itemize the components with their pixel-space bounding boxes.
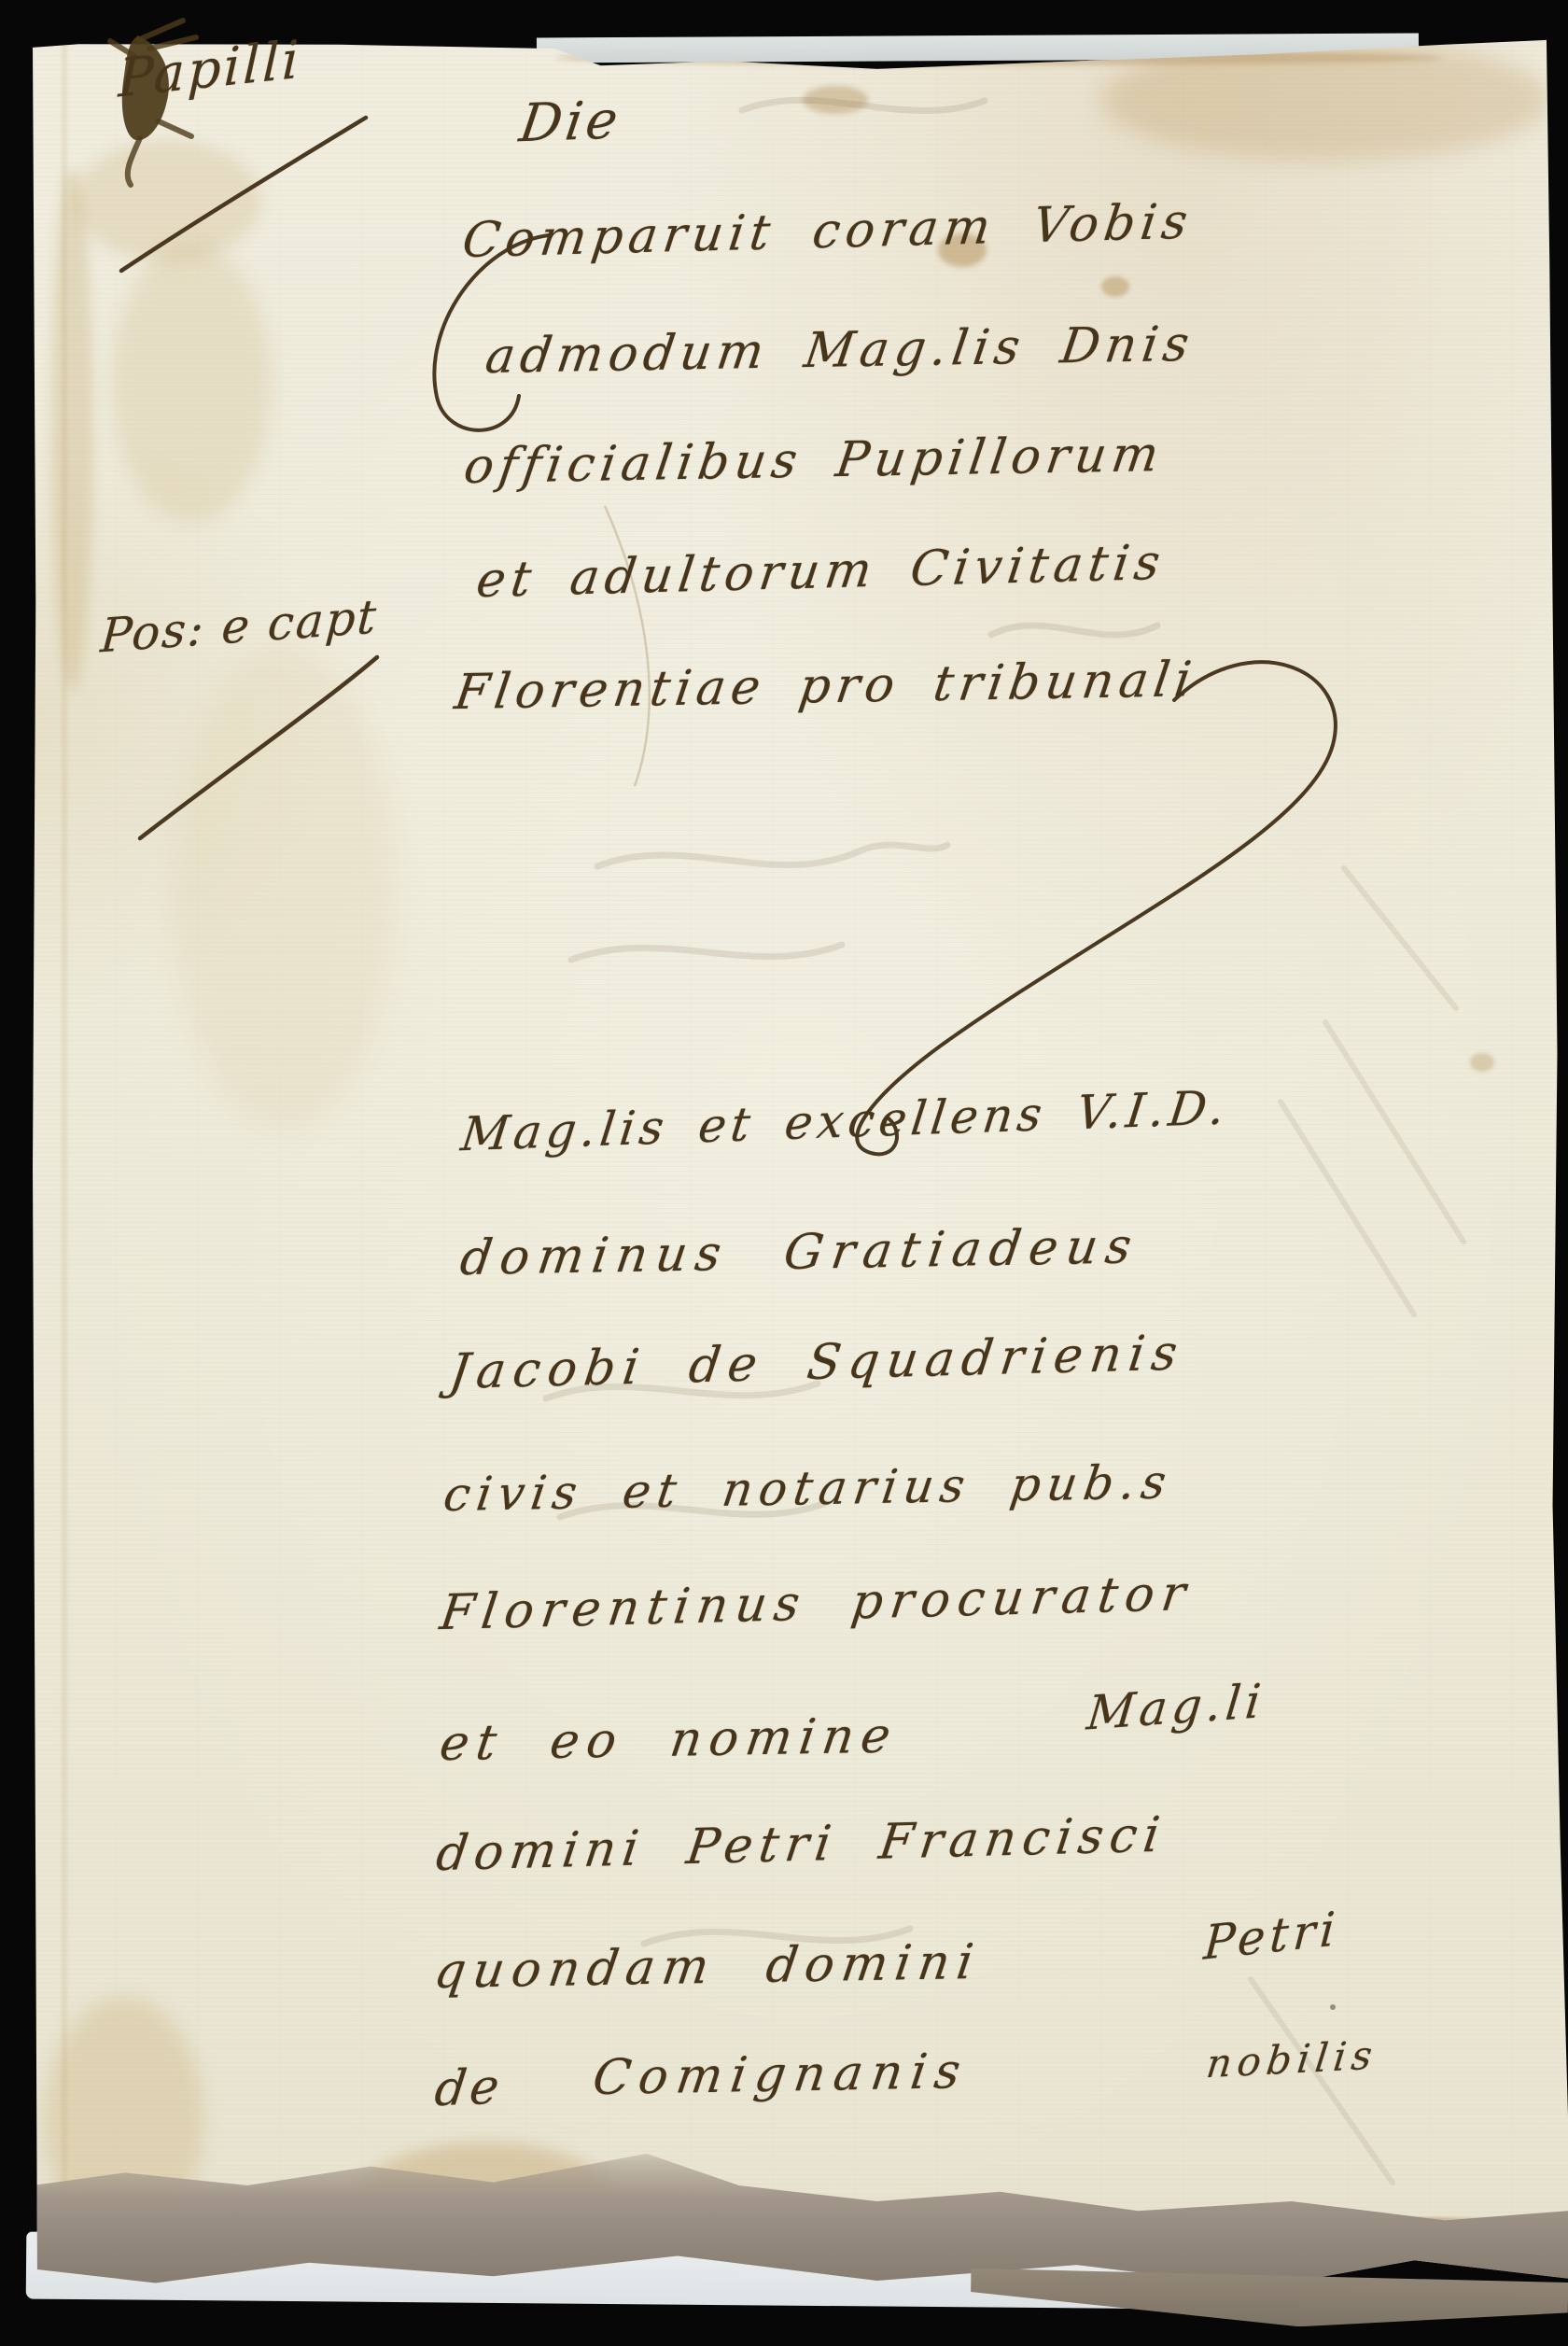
manuscript-line: nobilis bbox=[1204, 2031, 1380, 2086]
manuscript-line: de bbox=[432, 2058, 506, 2117]
paraph-flourish bbox=[857, 662, 1336, 1154]
manuscript-line: Comignanis bbox=[590, 2044, 973, 2106]
margin-slash-top bbox=[121, 118, 366, 271]
margin-slash-middle bbox=[140, 657, 377, 838]
bleedthrough-diagonals bbox=[1251, 868, 1463, 2183]
manuscript-line: dominus Gratiadeus bbox=[457, 1218, 1143, 1286]
manuscript-line: et eo nomine bbox=[437, 1707, 902, 1772]
manuscript-line: quondam domini bbox=[431, 1934, 985, 2000]
archival-photo-background: Papilli Pos: e capt Die Comparuit coram … bbox=[0, 0, 1568, 2346]
manuscript-line: Die bbox=[516, 90, 625, 154]
ink-dot bbox=[1330, 2004, 1336, 2010]
